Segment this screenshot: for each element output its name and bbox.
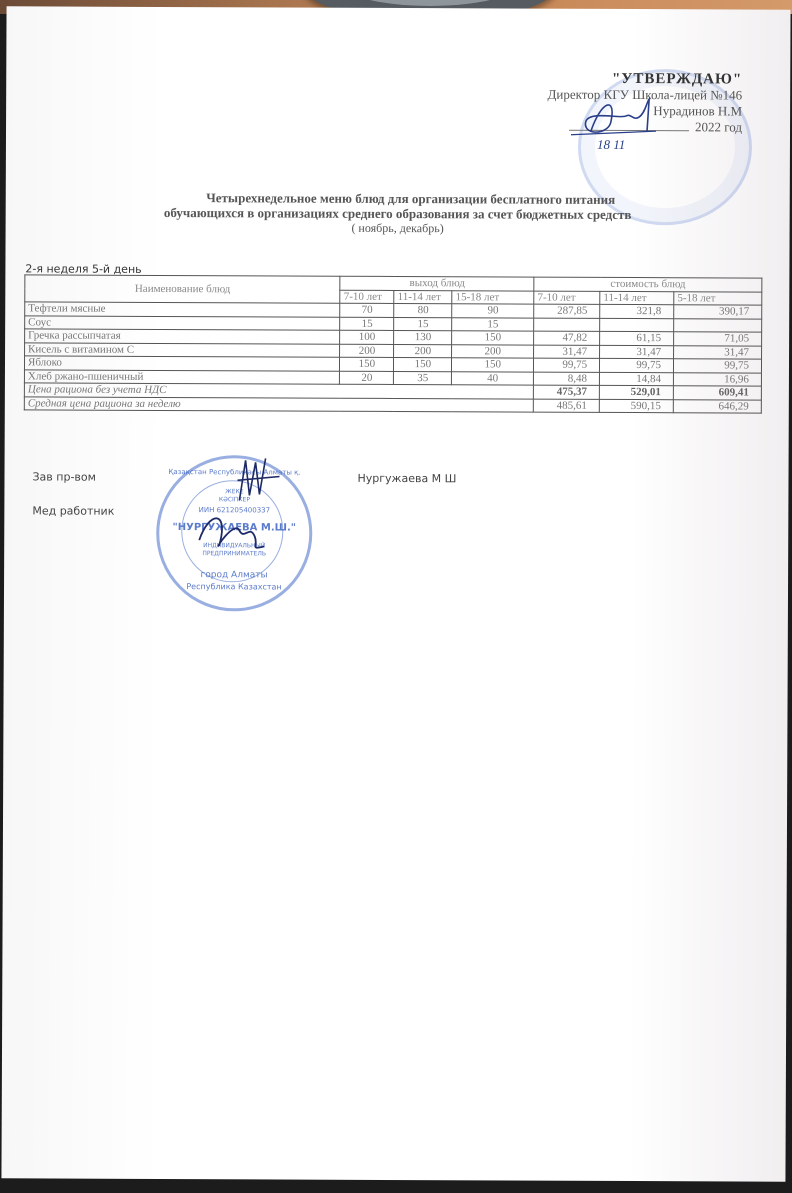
stamp-bottom-1: город Алматы [159, 570, 309, 581]
yield-cell: 150 [394, 357, 452, 371]
header-cost-age: 11-14 лет [600, 291, 674, 305]
header-yield-age: 7-10 лет [340, 290, 394, 304]
yield-cell: 200 [340, 344, 394, 358]
cost-cell: 31,47 [534, 345, 600, 359]
cost-cell: 99,75 [534, 358, 600, 372]
menu-table: Наименование блюд выход блюд стоимость б… [24, 274, 763, 413]
signature-area: Зав пр-вом Мед работник [32, 470, 95, 483]
yield-cell: 150 [452, 358, 534, 372]
table-total-row: Средная цена рациона за неделю485,61590,… [24, 396, 761, 413]
yield-cell: 130 [394, 330, 452, 344]
cost-cell: 47,82 [534, 331, 600, 345]
cost-cell: 99,75 [600, 358, 674, 372]
total-cost-cell: 590,15 [599, 399, 673, 413]
header-cost-age: 5-18 лет [674, 291, 762, 305]
dish-name: Яблоко [24, 356, 340, 371]
cost-cell: 61,15 [600, 331, 674, 345]
total-cost-cell: 609,41 [673, 386, 761, 400]
cost-cell: 71,05 [674, 332, 762, 346]
cost-cell: 31,47 [600, 345, 674, 359]
cost-cell: 390,17 [674, 305, 762, 319]
yield-cell: 150 [340, 357, 394, 371]
dish-name: Тефтели мясные [25, 302, 341, 317]
yield-cell: 200 [394, 344, 452, 358]
total-label: Средная цена рациона за неделю [24, 396, 533, 412]
head-label: Зав пр-вом [32, 470, 95, 483]
header-yield: выход блюд [340, 276, 534, 290]
header-dish-name: Наименование блюд [25, 275, 341, 303]
total-cost-cell: 475,37 [534, 385, 600, 399]
yield-cell: 15 [340, 317, 394, 331]
yield-cell: 150 [452, 331, 534, 345]
cost-cell: 16,96 [673, 372, 761, 386]
document-title: Четырехнедельное меню блюд для организац… [6, 189, 790, 236]
yield-cell: 80 [394, 303, 452, 317]
total-cost-cell: 646,29 [673, 399, 761, 413]
total-cost-cell: 485,61 [533, 399, 599, 413]
yield-cell: 40 [452, 371, 534, 385]
medic-label: Мед работник [32, 504, 114, 517]
header-yield-age: 15-18 лет [452, 290, 534, 304]
yield-cell: 20 [340, 371, 394, 385]
dish-name: Кисель с витамином С [25, 342, 341, 357]
total-cost-cell: 529,01 [599, 385, 673, 399]
header-yield-age: 11-14 лет [394, 290, 452, 304]
yield-cell: 90 [452, 304, 534, 318]
stamp-bottom-2: Республика Казахстан [159, 582, 309, 592]
yield-cell: 200 [452, 344, 534, 358]
cost-cell: 8,48 [534, 372, 600, 386]
director-signature-icon: 18 11 [561, 91, 671, 151]
yield-cell: 100 [340, 330, 394, 344]
cost-cell [600, 318, 674, 332]
approval-year: 2022 год [695, 119, 742, 134]
cost-cell: 287,85 [534, 304, 600, 318]
yield-cell: 15 [452, 317, 534, 331]
cost-cell [674, 318, 762, 332]
yield-cell: 35 [394, 371, 452, 385]
round-stamp-icon: Қазақстан Республикасы Алматы қ. ЖЕКЕ КӘ… [156, 455, 313, 612]
header-cost: стоимость блюд [534, 277, 762, 291]
dish-name: Гречка рассыпчатая [25, 329, 341, 344]
yield-cell: 15 [394, 317, 452, 331]
cost-cell: 99,75 [674, 359, 762, 373]
header-cost-age: 7-10 лет [534, 291, 600, 305]
cost-cell [534, 318, 600, 332]
cost-cell: 321,8 [600, 304, 674, 318]
document-page: "УТВЕРЖДАЮ" Директор КГУ Школа-лицей №14… [1, 6, 790, 1181]
approval-heading: "УТВЕРЖДАЮ" [548, 71, 743, 88]
dish-name: Хлеб ржано-пшеничный [24, 369, 340, 384]
head-name: Нургужаева М Ш [357, 472, 456, 485]
title-line-3: ( ноябрь, декабрь) [6, 219, 790, 236]
cost-cell: 31,47 [674, 345, 762, 359]
signature-scribble-icon [179, 450, 309, 561]
dish-name: Соус [25, 315, 341, 330]
svg-text:18 11: 18 11 [597, 137, 625, 151]
cost-cell: 14,84 [600, 372, 674, 386]
yield-cell: 70 [340, 303, 394, 317]
